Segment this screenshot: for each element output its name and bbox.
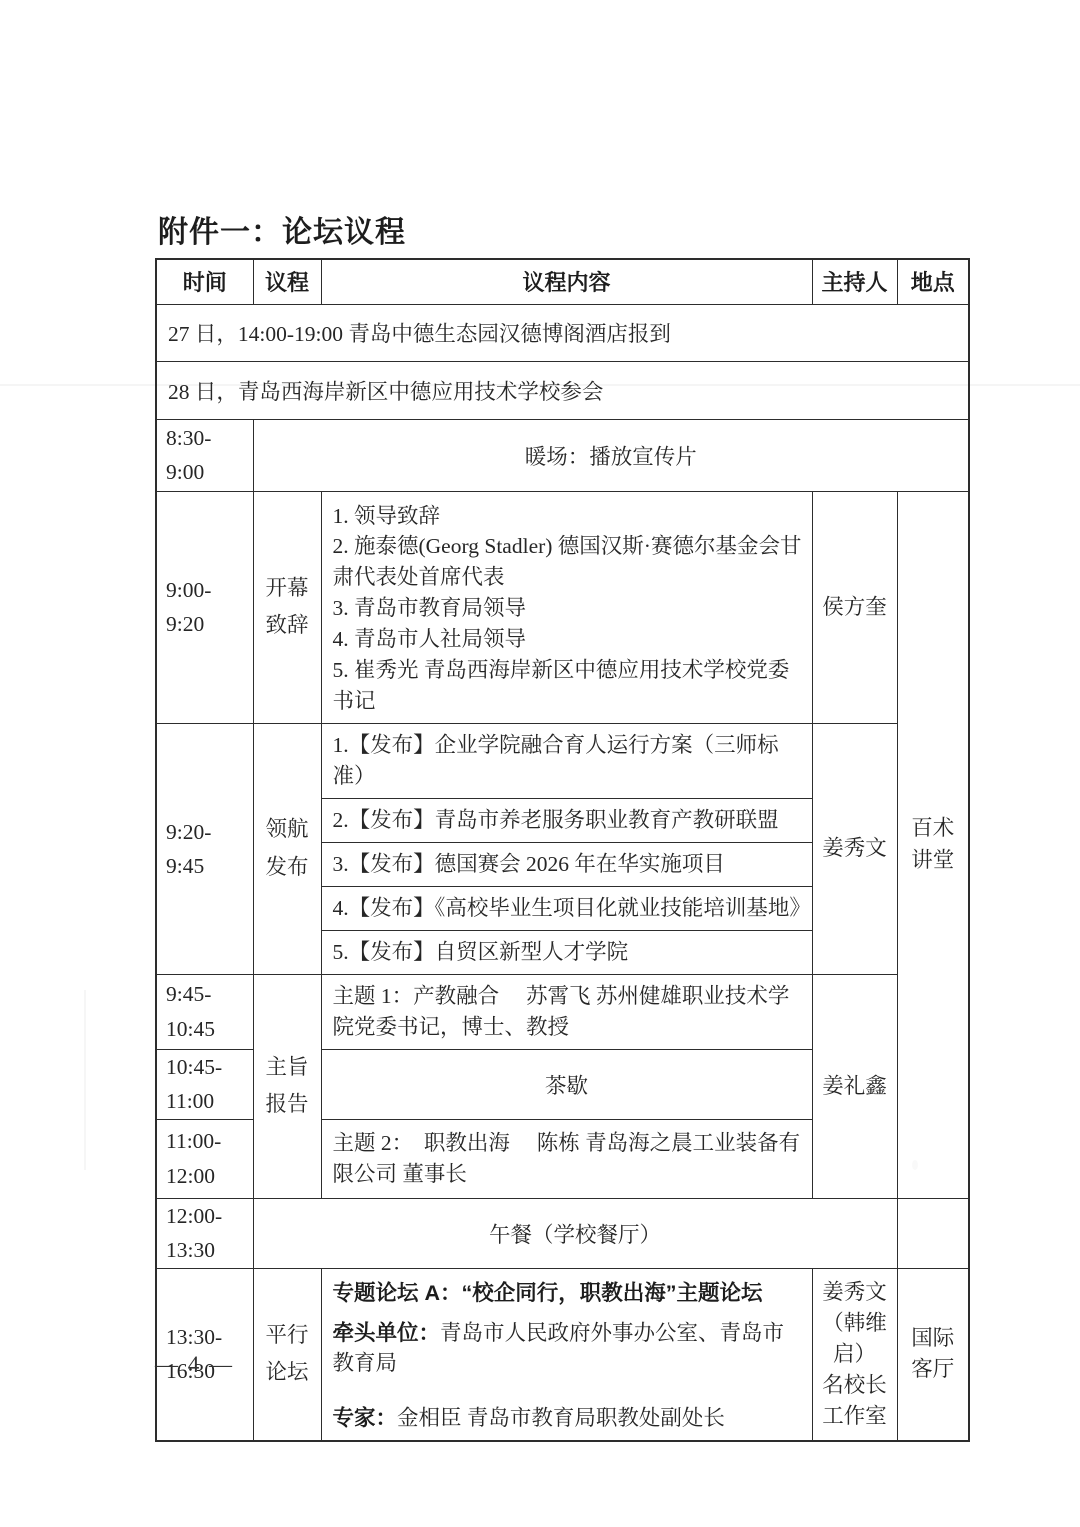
cell-time: 9:45- 10:45 (156, 974, 253, 1049)
header-agenda: 议程 (253, 259, 321, 304)
table-row: 27 日，14:00-19:00 青岛中德生态园汉德博阁酒店报到 (156, 304, 969, 361)
page-number: — 4 — (155, 1352, 234, 1378)
scan-artifact (84, 990, 86, 1170)
agenda-item: 3. 青岛市教育局领导 (333, 593, 804, 624)
table-row: 9:20- 9:45 领航 发布 1.【发布】企业学院融合育人运行方案（三师标准… (156, 724, 969, 799)
header-content: 议程内容 (321, 259, 812, 304)
keynote-topic-2: 主题 2： 职教出海 陈栋 青岛海之晨工业装备有限公司 董事长 (321, 1119, 812, 1198)
agenda-item: 1. 领导致辞 (333, 501, 804, 532)
table-row: 13:30- 16:30 平行 论坛 专题论坛 A：“校企同行，职教出海”主题论… (156, 1268, 969, 1441)
page-title: 附件一：论坛议程 (158, 207, 406, 251)
keynote-topic-1: 主题 1：产教融合 苏霄飞 苏州健雄职业技术学院党委书记，博士、教授 (321, 974, 812, 1049)
expert-text: 金相臣 青岛市教育局职教处副处长 (397, 1406, 725, 1430)
agenda-item: 2. 施泰德(Georg Stadler) 德国汉斯·赛德尔基金会甘肃代表处首席… (333, 531, 804, 593)
document-page: 附件一：论坛议程 时间 议程 议程内容 主持人 地点 27 日，14:00-19… (0, 0, 1080, 1527)
cell-time: 10:45- 11:00 (156, 1049, 253, 1119)
cell-location-empty (897, 1198, 969, 1268)
cell-time: 9:20- 9:45 (156, 724, 253, 975)
cell-host: 姜秀文 (812, 724, 897, 975)
release-item: 1.【发布】企业学院融合育人运行方案（三师标准） (321, 724, 812, 799)
cell-host: 姜秀文 （韩维 启） 名校长 工作室 (812, 1268, 897, 1441)
release-item: 3.【发布】德国赛会 2026 年在华实施项目 (321, 843, 812, 887)
release-item: 2.【发布】青岛市养老服务职业教育产教研联盟 (321, 799, 812, 843)
cell-agenda: 主旨 报告 (253, 974, 321, 1198)
table-row: 12:00- 13:30 午餐（学校餐厅） (156, 1198, 969, 1268)
parallel-content: 专题论坛 A：“校企同行，职教出海”主题论坛 牵头单位：青岛市人民政府外事办公室… (321, 1268, 812, 1441)
tea-break: 茶歇 (321, 1049, 812, 1119)
cell-agenda: 平行 论坛 (253, 1268, 321, 1441)
cell-time: 9:00- 9:20 (156, 491, 253, 724)
opening-content: 1. 领导致辞 2. 施泰德(Georg Stadler) 德国汉斯·赛德尔基金… (321, 491, 812, 724)
table-row: 28 日，青岛西海岸新区中德应用技术学校参会 (156, 361, 969, 419)
cell-host: 侯方奎 (812, 491, 897, 724)
agenda-item: 5. 崔秀光 青岛西海岸新区中德应用技术学校党委书记 (333, 655, 804, 717)
table-row: 8:30- 9:00 暖场：播放宣传片 (156, 419, 969, 491)
forum-lead: 牵头单位：青岛市人民政府外事办公室、青岛市教育局 (333, 1318, 804, 1380)
cell-host: 姜礼鑫 (812, 974, 897, 1198)
table-row: 9:45- 10:45 主旨 报告 主题 1：产教融合 苏霄飞 苏州健雄职业技术… (156, 974, 969, 1049)
cell-agenda: 领航 发布 (253, 724, 321, 975)
lunch-content: 午餐（学校餐厅） (253, 1198, 897, 1268)
release-item: 5.【发布】自贸区新型人才学院 (321, 930, 812, 974)
forum-title: 专题论坛 A：“校企同行，职教出海”主题论坛 (333, 1278, 804, 1309)
table-header-row: 时间 议程 议程内容 主持人 地点 (156, 259, 969, 304)
header-host: 主持人 (812, 259, 897, 304)
agenda-table: 时间 议程 议程内容 主持人 地点 27 日，14:00-19:00 青岛中德生… (155, 258, 970, 1442)
cell-time: 8:30- 9:00 (156, 419, 253, 491)
expert-label: 专家： (333, 1406, 398, 1430)
cell-location: 百术 讲堂 (897, 491, 969, 1198)
release-item: 4.【发布】《高校毕业生项目化就业技能培训基地》 (321, 886, 812, 930)
table-row: 9:00- 9:20 开幕 致辞 1. 领导致辞 2. 施泰德(Georg St… (156, 491, 969, 724)
registration-day27: 27 日，14:00-19:00 青岛中德生态园汉德博阁酒店报到 (156, 304, 969, 361)
cell-agenda: 开幕 致辞 (253, 491, 321, 724)
header-location: 地点 (897, 259, 969, 304)
lead-label: 牵头单位： (333, 1321, 441, 1345)
warmup-content: 暖场：播放宣传片 (253, 419, 969, 491)
header-time: 时间 (156, 259, 253, 304)
cell-location: 国际 客厅 (897, 1268, 969, 1441)
agenda-item: 4. 青岛市人社局领导 (333, 624, 804, 655)
cell-time: 12:00- 13:30 (156, 1198, 253, 1268)
forum-expert: 专家：金相臣 青岛市教育局职教处副处长 (333, 1403, 804, 1434)
registration-day28: 28 日，青岛西海岸新区中德应用技术学校参会 (156, 361, 969, 419)
cell-time: 11:00- 12:00 (156, 1119, 253, 1198)
